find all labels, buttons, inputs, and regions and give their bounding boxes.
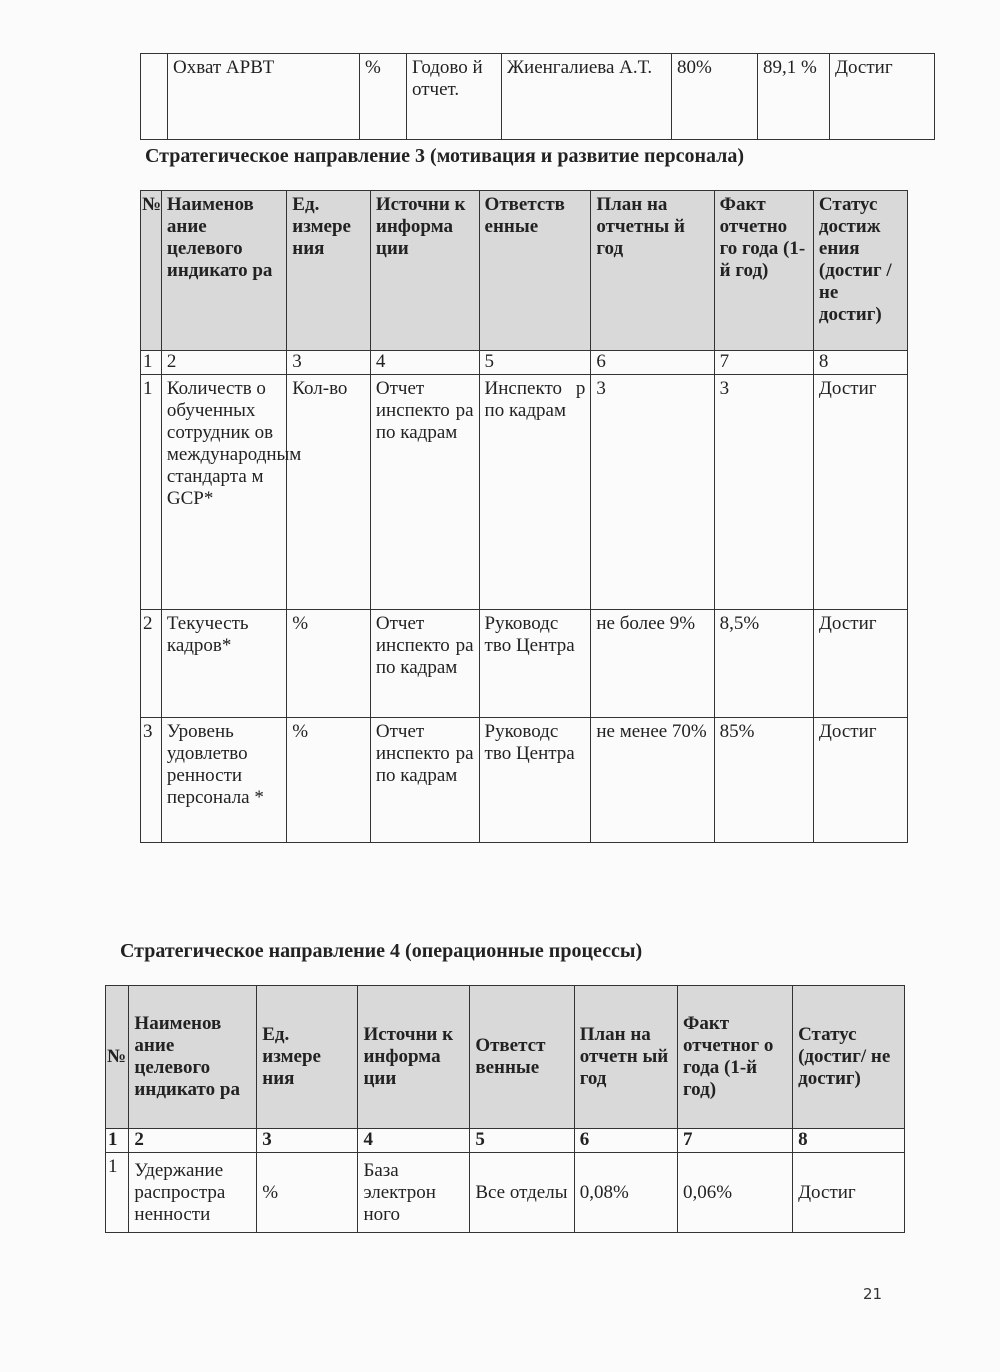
row-no: 1 bbox=[141, 375, 162, 610]
responsible: Все отделы bbox=[470, 1153, 574, 1233]
unit: % bbox=[257, 1153, 358, 1233]
colnum: 1 bbox=[141, 351, 162, 375]
header-no: № bbox=[106, 986, 129, 1129]
header-responsible: Ответств енные bbox=[479, 191, 591, 351]
section4-table: № Наименов ание целевого индикато ра Ед.… bbox=[105, 985, 905, 1233]
status: Достиг bbox=[813, 718, 907, 843]
header-status: Статус (достиг/ не достиг) bbox=[793, 986, 905, 1129]
table-row: 1 Количеств о обученных сотрудник ов меж… bbox=[141, 375, 908, 610]
fact: 8,5% bbox=[714, 610, 813, 718]
section3-title: Стратегическое направление 3 (мотивация … bbox=[145, 145, 744, 168]
table-row: 3 Уровень удовлетво ренности персонала *… bbox=[141, 718, 908, 843]
fact: 3 bbox=[714, 375, 813, 610]
header-plan: План на отчетн ый год bbox=[574, 986, 677, 1129]
indicator-name: Охват АРВТ bbox=[168, 54, 360, 140]
section3-table: № Наименов ание целевого индикато ра Ед.… bbox=[140, 190, 908, 843]
colnum: 2 bbox=[161, 351, 286, 375]
indicator-name: Количеств о обученных сотрудник ов между… bbox=[161, 375, 286, 610]
plan: не более 9% bbox=[591, 610, 714, 718]
header-source: Источни к информа ции bbox=[370, 191, 479, 351]
section4-title: Стратегическое направление 4 (операционн… bbox=[120, 940, 642, 963]
row-no bbox=[141, 54, 168, 140]
plan: не менее 70% bbox=[591, 718, 714, 843]
colnum: 3 bbox=[287, 351, 371, 375]
colnum: 4 bbox=[358, 1129, 470, 1153]
header-status: Статус достиж ения (достиг /не достиг) bbox=[813, 191, 907, 351]
colnum: 5 bbox=[470, 1129, 574, 1153]
fact: 85% bbox=[714, 718, 813, 843]
unit: % bbox=[287, 610, 371, 718]
unit: Кол-во bbox=[287, 375, 371, 610]
colnum: 5 bbox=[479, 351, 591, 375]
header-name: Наименов ание целевого индикато ра bbox=[129, 986, 257, 1129]
row-no: 2 bbox=[141, 610, 162, 718]
source: Отчет инспекто ра по кадрам bbox=[370, 718, 479, 843]
source: Отчет инспекто ра по кадрам bbox=[370, 610, 479, 718]
header-plan: План на отчетны й год bbox=[591, 191, 714, 351]
source: Годово й отчет. bbox=[407, 54, 502, 140]
colnum: 8 bbox=[813, 351, 907, 375]
colnum: 1 bbox=[106, 1129, 129, 1153]
fact: 89,1 % bbox=[758, 54, 830, 140]
source: Отчет инспекто ра по кадрам bbox=[370, 375, 479, 610]
top-continuation-table: Охват АРВТ % Годово й отчет. Жиенгалиева… bbox=[140, 53, 935, 140]
unit: % bbox=[287, 718, 371, 843]
table-row: 2 Текучесть кадров* % Отчет инспекто ра … bbox=[141, 610, 908, 718]
colnum: 4 bbox=[370, 351, 479, 375]
colnum: 8 bbox=[793, 1129, 905, 1153]
status: Достиг bbox=[813, 610, 907, 718]
plan: 80% bbox=[672, 54, 758, 140]
source: База электрон ного bbox=[358, 1153, 470, 1233]
responsible: Руководс тво Центра bbox=[479, 610, 591, 718]
header-fact: Факт отчетно го года (1-й год) bbox=[714, 191, 813, 351]
page-number: 21 bbox=[863, 1285, 882, 1303]
header-unit: Ед. измере ния bbox=[287, 191, 371, 351]
row-no: 3 bbox=[141, 718, 162, 843]
header-unit: Ед. измере ния bbox=[257, 986, 358, 1129]
indicator-name: Уровень удовлетво ренности персонала * bbox=[161, 718, 286, 843]
responsible: Руководс тво Центра bbox=[479, 718, 591, 843]
header-name: Наименов ание целевого индикато ра bbox=[161, 191, 286, 351]
colnum: 7 bbox=[714, 351, 813, 375]
status: Достиг bbox=[813, 375, 907, 610]
plan: 3 bbox=[591, 375, 714, 610]
colnum: 2 bbox=[129, 1129, 257, 1153]
plan: 0,08% bbox=[574, 1153, 677, 1233]
indicator-name: Удержание распростра ненности bbox=[129, 1153, 257, 1233]
colnum: 7 bbox=[678, 1129, 793, 1153]
header-source: Источни к информа ции bbox=[358, 986, 470, 1129]
responsible: Жиенгалиева А.Т. bbox=[502, 54, 672, 140]
unit: % bbox=[360, 54, 407, 140]
table-row: 1 Удержание распростра ненности % База э… bbox=[106, 1153, 905, 1233]
header-no: № bbox=[141, 191, 162, 351]
colnum: 6 bbox=[574, 1129, 677, 1153]
header-responsible: Ответст венные bbox=[470, 986, 574, 1129]
row-no: 1 bbox=[106, 1153, 129, 1233]
status: Достиг bbox=[793, 1153, 905, 1233]
responsible: Инспекто р по кадрам bbox=[479, 375, 591, 610]
status: Достиг bbox=[830, 54, 935, 140]
fact: 0,06% bbox=[678, 1153, 793, 1233]
colnum: 6 bbox=[591, 351, 714, 375]
header-fact: Факт отчетног о года (1-й год) bbox=[678, 986, 793, 1129]
indicator-name: Текучесть кадров* bbox=[161, 610, 286, 718]
colnum: 3 bbox=[257, 1129, 358, 1153]
